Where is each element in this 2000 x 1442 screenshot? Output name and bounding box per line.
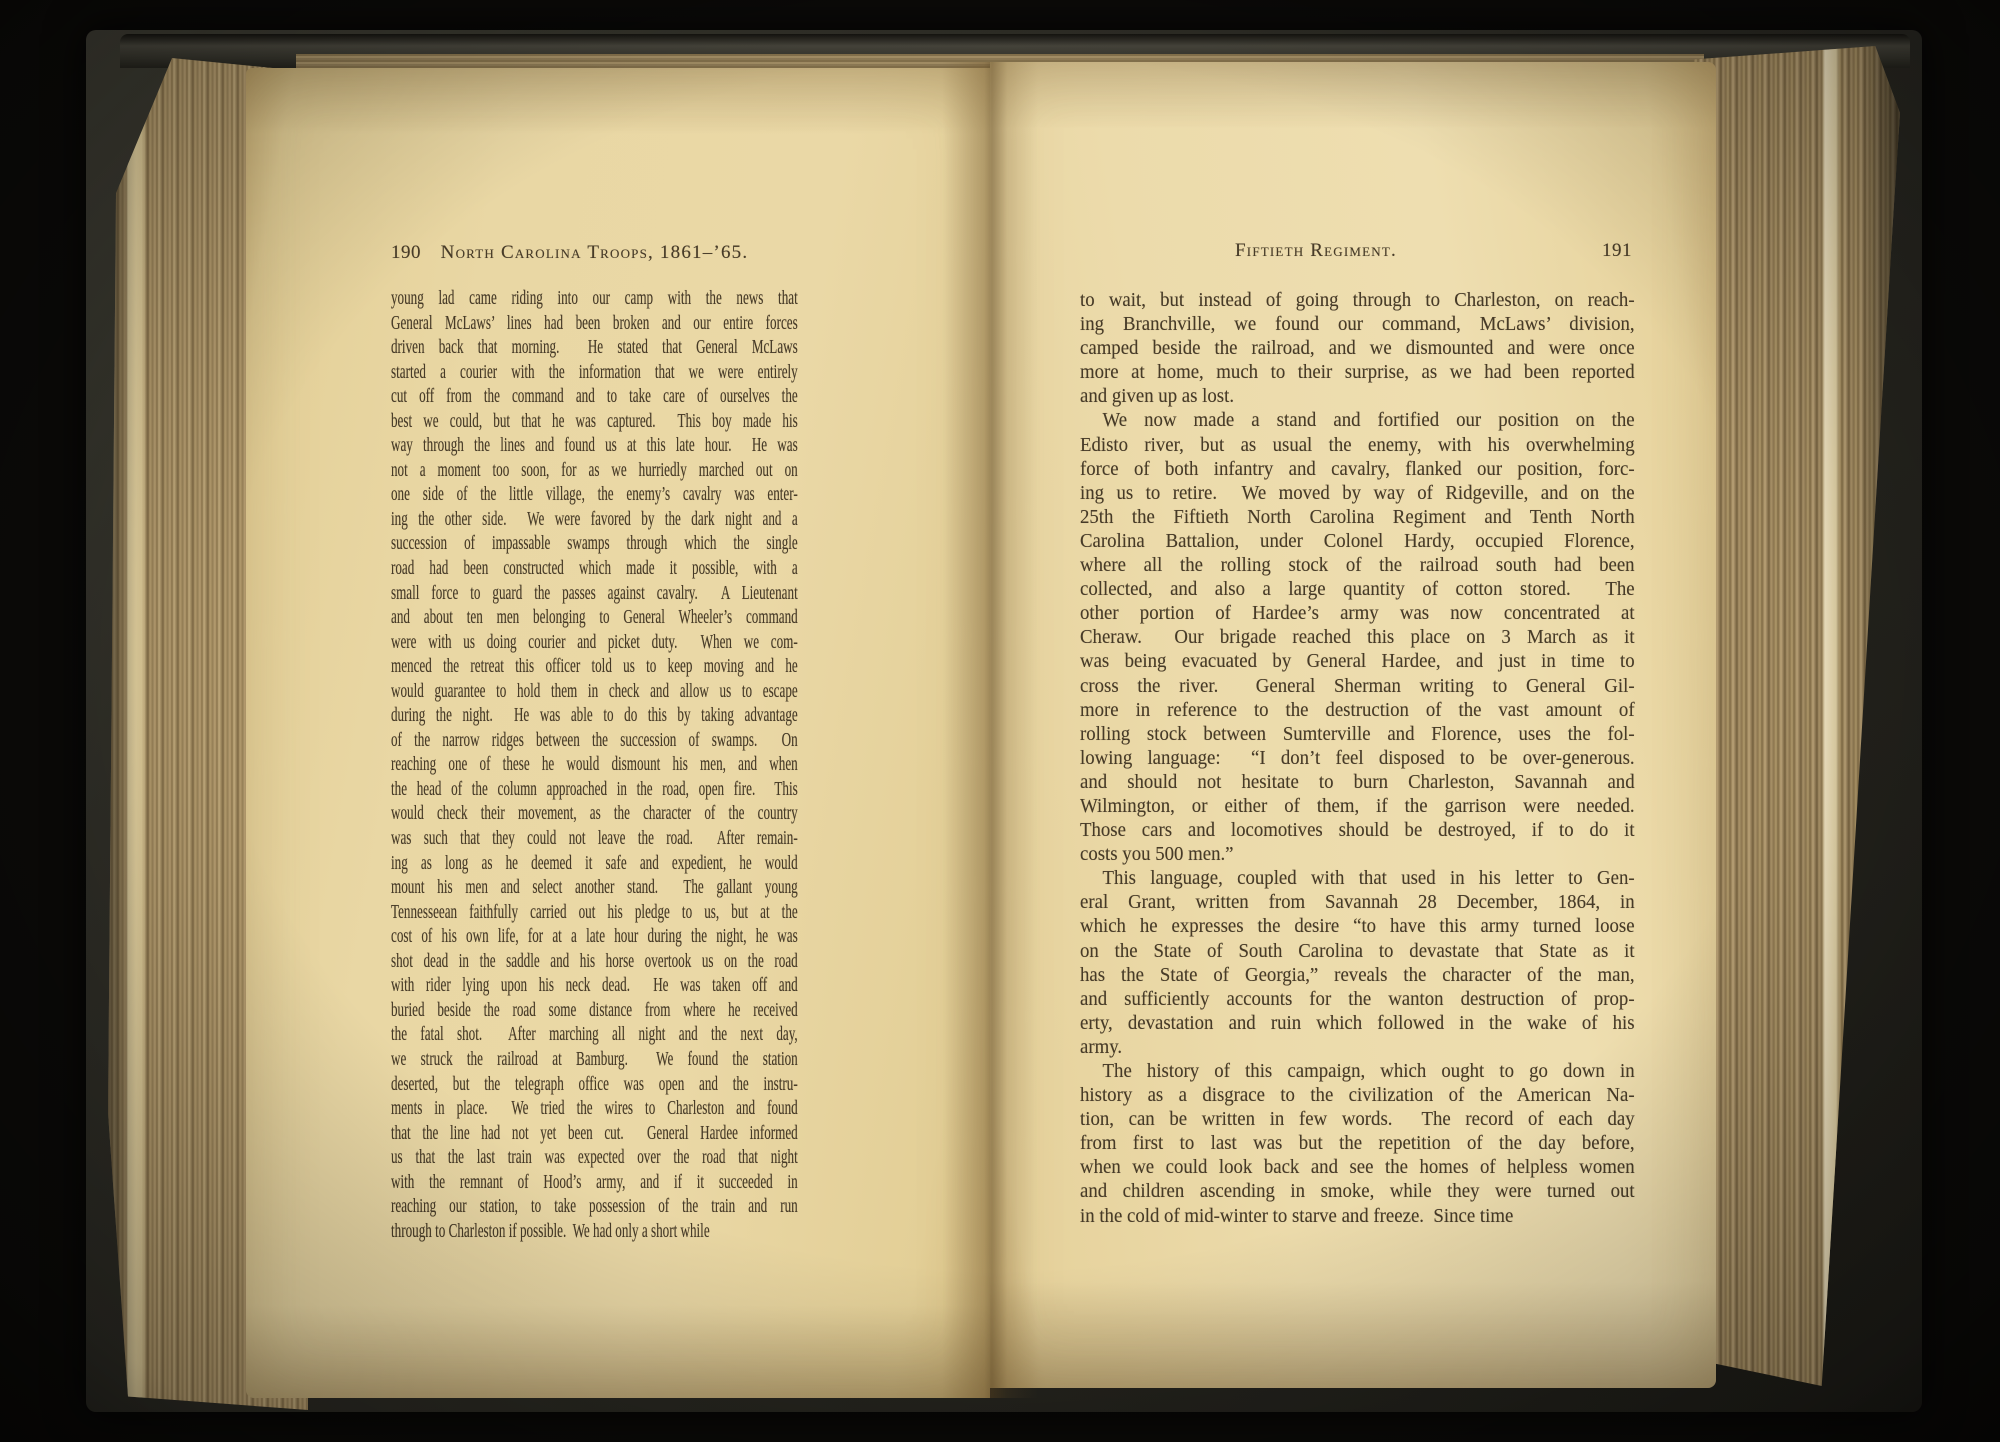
- text-line: when we could look back and see the home…: [1080, 1155, 1635, 1179]
- text-line: through to Charleston if possible. We ha…: [391, 1219, 798, 1244]
- text-line: camped beside the railroad, and we dismo…: [1080, 336, 1635, 360]
- text-line: The history of this campaign, which ough…: [1080, 1059, 1635, 1083]
- text-line: was being evacuated by General Hardee, a…: [1080, 649, 1635, 673]
- right-running-title: Fiftieth Regiment.: [1038, 240, 1594, 262]
- text-line: deserted, but the telegraph office was o…: [391, 1072, 798, 1097]
- left-running-title: North Carolina Troops, 1861–’65.: [391, 242, 798, 264]
- paragraph: This language, coupled with that used in…: [1080, 866, 1635, 1059]
- text-line: ing the other side. We were favored by t…: [391, 507, 798, 532]
- text-line: eral Grant, written from Savannah 28 Dec…: [1080, 890, 1635, 914]
- text-line: on the State of South Carolina to devast…: [1080, 939, 1635, 963]
- text-line: force of both infantry and cavalry, flan…: [1080, 457, 1635, 481]
- text-line: and children ascending in smoke, while t…: [1080, 1179, 1635, 1203]
- text-line: We now made a stand and fortified our po…: [1080, 408, 1635, 432]
- text-line: ing us to retire. We moved by way of Rid…: [1080, 481, 1635, 505]
- text-line: Tennesseean faithfully carried out his p…: [391, 900, 798, 925]
- text-line: 25th the Fiftieth North Carolina Regimen…: [1080, 505, 1635, 529]
- text-line: to wait, but instead of going through to…: [1080, 288, 1635, 312]
- text-line: Wilmington, or either of them, if the ga…: [1080, 794, 1635, 818]
- text-line: shot dead in the saddle and his horse ov…: [391, 949, 798, 974]
- text-line: other portion of Hardee’s army was now c…: [1080, 601, 1635, 625]
- text-line: small force to guard the passes against …: [391, 581, 798, 606]
- text-line: best we could, but that he was captured.…: [391, 409, 798, 434]
- text-line: with rider lying upon his neck dead. He …: [391, 973, 798, 998]
- paragraph: The history of this campaign, which ough…: [1080, 1059, 1635, 1228]
- text-line: Those cars and locomotives should be des…: [1080, 818, 1635, 842]
- text-line: that the line had not yet been cut. Gene…: [391, 1121, 798, 1146]
- text-line: costs you 500 men.”: [1080, 842, 1635, 866]
- right-running-head: Fiftieth Regiment. 191: [1080, 240, 1636, 270]
- text-line: which he expresses the desire “to have t…: [1080, 914, 1635, 938]
- text-line: more at home, much to their surprise, as…: [1080, 360, 1635, 384]
- text-line: young lad came riding into our camp with…: [391, 286, 798, 311]
- paragraph: We now made a stand and fortified our po…: [1080, 408, 1635, 866]
- text-line: cut off from the command and to take car…: [391, 384, 798, 409]
- paragraph: young lad came riding into our camp with…: [391, 286, 798, 1243]
- text-line: and sufficiently accounts for the wanton…: [1080, 987, 1635, 1011]
- text-line: with the remnant of Hood’s army, and if …: [391, 1170, 798, 1195]
- right-page-number: 191: [1602, 240, 1632, 262]
- text-line: and about ten men belonging to General W…: [391, 605, 798, 630]
- text-line: more in reference to the destruction of …: [1080, 698, 1635, 722]
- text-line: Cheraw. Our brigade reached this place o…: [1080, 625, 1635, 649]
- text-line: reaching one of these he would dismount …: [391, 752, 798, 777]
- text-line: road had been constructed which made it …: [391, 556, 798, 581]
- text-line: way through the lines and found us at th…: [391, 433, 798, 458]
- text-line: driven back that morning. He stated that…: [391, 335, 798, 360]
- text-line: cost of his own life, for at a late hour…: [391, 924, 798, 949]
- text-line: General McLaws’ lines had been broken an…: [391, 311, 798, 336]
- text-line: This language, coupled with that used in…: [1080, 866, 1635, 890]
- text-line: of the narrow ridges between the success…: [391, 728, 798, 753]
- text-line: during the night. He was able to do this…: [391, 703, 798, 728]
- text-line: reaching our station, to take possession…: [391, 1194, 798, 1219]
- text-line: cross the river. General Sherman writing…: [1080, 674, 1635, 698]
- text-line: collected, and also a large quantity of …: [1080, 577, 1635, 601]
- left-page-number: 190: [391, 242, 421, 264]
- text-line: not a moment too soon, for as we hurried…: [391, 458, 798, 483]
- text-line: Edisto river, but as usual the enemy, wi…: [1080, 433, 1635, 457]
- text-line: and given up as lost.: [1080, 384, 1635, 408]
- text-line: and should not hesitate to burn Charlest…: [1080, 770, 1635, 794]
- text-line: has the State of Georgia,” reveals the c…: [1080, 963, 1635, 987]
- text-line: succession of impassable swamps through …: [391, 531, 798, 556]
- text-line: the head of the column approached in the…: [391, 777, 798, 802]
- text-line: where all the rolling stock of the railr…: [1080, 553, 1635, 577]
- text-line: we struck the railroad at Bamburg. We fo…: [391, 1047, 798, 1072]
- text-line: started a courier with the information t…: [391, 360, 798, 385]
- text-line: lowing language: “I don’t feel disposed …: [1080, 746, 1635, 770]
- text-line: tion, can be written in few words. The r…: [1080, 1107, 1635, 1131]
- text-line: ing Branchville, we found our command, M…: [1080, 312, 1635, 336]
- text-line: ments in place. We tried the wires to Ch…: [391, 1096, 798, 1121]
- text-line: ing as long as he deemed it safe and exp…: [391, 851, 798, 876]
- text-line: army.: [1080, 1035, 1635, 1059]
- text-line: mount his men and select another stand. …: [391, 875, 798, 900]
- text-line: in the cold of mid-winter to starve and …: [1080, 1204, 1635, 1228]
- text-line: menced the retreat this officer told us …: [391, 654, 798, 679]
- text-line: history as a disgrace to the civilizatio…: [1080, 1083, 1635, 1107]
- text-line: was such that they could not leave the r…: [391, 826, 798, 851]
- text-line: erty, devastation and ruin which followe…: [1080, 1011, 1635, 1035]
- text-line: one side of the little village, the enem…: [391, 482, 798, 507]
- left-page-text: young lad came riding into our camp with…: [391, 286, 798, 1243]
- text-line: would check their movement, as the chara…: [391, 801, 798, 826]
- text-line: us that the last train was expected over…: [391, 1145, 798, 1170]
- text-line: Carolina Battalion, under Colonel Hardy,…: [1080, 529, 1635, 553]
- right-page-text: to wait, but instead of going through to…: [1080, 288, 1635, 1228]
- book-gutter: [942, 62, 1038, 1398]
- text-line: rolling stock between Sumterville and Fl…: [1080, 722, 1635, 746]
- text-line: would guarantee to hold them in check an…: [391, 679, 798, 704]
- text-line: from first to last was but the repetitio…: [1080, 1131, 1635, 1155]
- text-line: buried beside the road some distance fro…: [391, 998, 798, 1023]
- left-running-head: 190 North Carolina Troops, 1861–’65.: [391, 242, 798, 272]
- text-line: were with us doing courier and picket du…: [391, 630, 798, 655]
- paragraph: to wait, but instead of going through to…: [1080, 288, 1635, 408]
- text-line: the fatal shot. After marching all night…: [391, 1022, 798, 1047]
